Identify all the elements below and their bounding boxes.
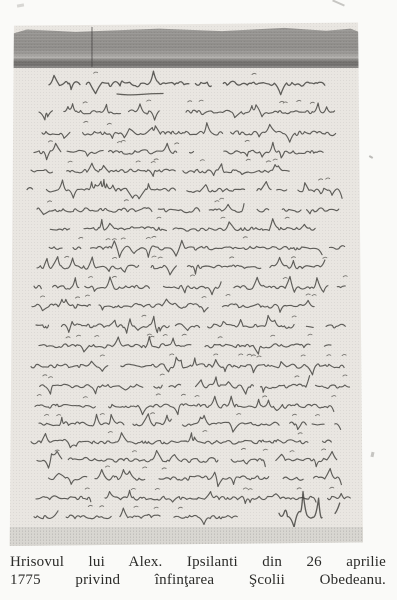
handwriting-stroke [40,376,350,394]
photo-artifact-right-2 [371,452,375,458]
photo-caption: Hrisovul lui Alex. Ipsilanti din 26 apri… [10,553,386,589]
handwriting-diacritics [83,100,314,103]
handwriting-diacritics [65,256,327,259]
handwriting-stroke [50,219,315,232]
handwriting-diacritics [55,448,326,451]
manuscript-photo [9,22,363,546]
photo-bottom-strip [9,527,363,546]
handwriting-stroke [35,396,334,415]
handwriting-diacritics [94,72,256,74]
handwriting-diacritics [41,294,317,298]
handwriting-stroke [37,204,339,215]
handwriting-diacritics [45,413,320,416]
handwriting-diacritics [43,374,347,378]
title-underline [117,94,163,95]
handwriting-stroke [37,451,337,469]
handwriting-diacritics [108,431,302,434]
handwriting-svg [9,22,363,548]
handwriting-diacritics [79,236,247,239]
scanned-book-page: Hrisovul lui Alex. Ipsilanti din 26 apri… [0,0,397,600]
handwriting-stroke [31,357,344,375]
photo-artifact-topleft [17,3,24,7]
handwriting-diacritics [48,198,224,202]
handwriting-diacritics [85,487,334,490]
photo-artifact-right-1 [369,155,373,159]
handwriting-diacritics [100,354,346,357]
handwriting-stroke [39,414,341,432]
handwriting-diacritics [319,178,330,180]
handwriting-stroke [27,179,342,198]
handwriting-diacritics [37,394,336,398]
handwriting-diacritics [66,334,312,338]
handwriting-stroke [49,240,344,257]
handwriting-stroke [49,71,325,95]
handwriting-diacritics [84,121,112,124]
handwriting-stroke [34,508,243,524]
handwriting-stroke [39,103,335,120]
handwriting-stroke [49,469,342,487]
handwriting-stroke [31,433,331,448]
handwriting-diacritics [105,466,166,469]
handwriting-diacritics [89,275,348,279]
caption-line-2: 1775 privind înfinţarea Şcolii Obedeanu. [10,571,386,589]
handwriting-stroke [39,337,331,355]
handwriting-stroke [34,277,345,295]
handwriting-diacritics [157,217,289,218]
handwriting-stroke [32,299,314,312]
handwriting-diacritics [48,140,249,144]
handwriting-diacritics [88,505,182,508]
handwriting-diacritics [68,159,277,163]
handwriting-stroke [42,123,336,143]
handwriting-stroke [37,257,331,275]
handwriting-stroke [31,163,289,176]
handwriting-diacritics [142,315,296,317]
caption-line-1: Hrisovul lui Alex. Ipsilanti din 26 apri… [10,553,386,571]
photo-artifact-topright [332,0,345,7]
handwriting-stroke [36,315,345,333]
handwriting-stroke [34,142,323,159]
